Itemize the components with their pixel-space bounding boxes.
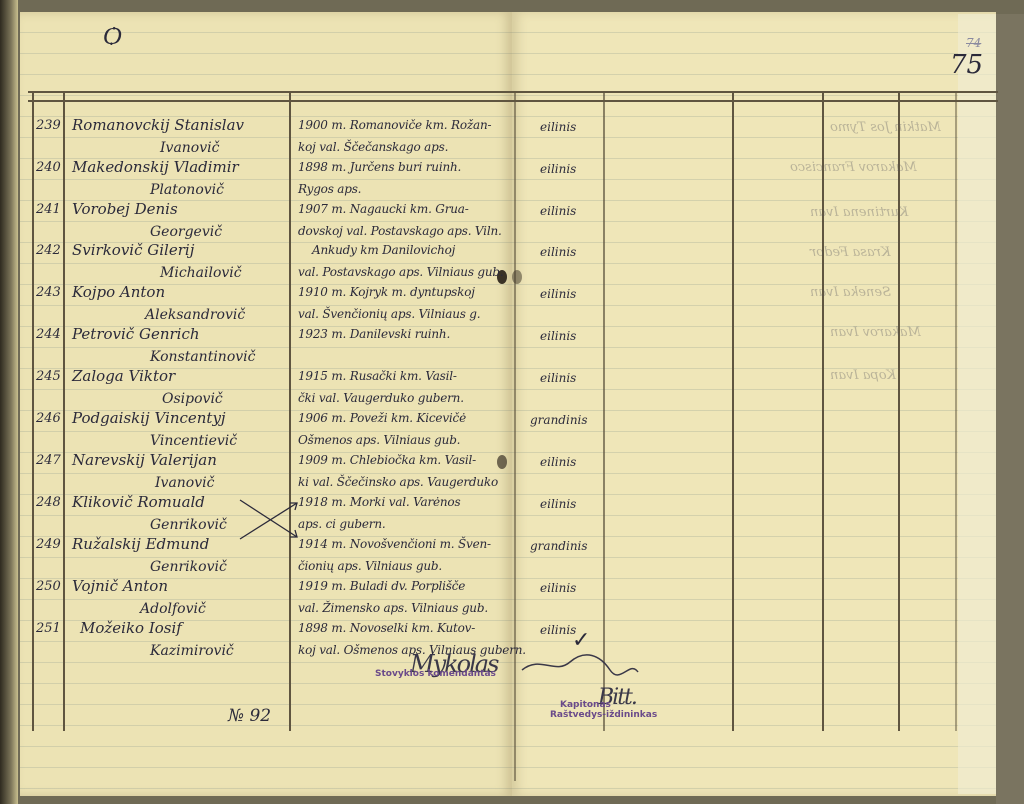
column-rule-5 [822, 91, 824, 731]
entry-patronymic: Genrikovič [150, 517, 227, 533]
entry-name: Možeiko Iosif [80, 619, 182, 637]
header-rule-top [28, 91, 998, 93]
entry-birth-line2: čionių aps. Vilniaus gub. [298, 559, 442, 573]
entry-birth-line1: 1898 m. Novoselki km. Kutov- [298, 621, 475, 635]
entry-number: 247 [36, 453, 61, 468]
entry-name: Vojnič Anton [72, 577, 168, 595]
entry-nationality: grandinis [530, 413, 588, 427]
entry-name: Zaloga Viktor [72, 367, 175, 385]
entry-patronymic: Aleksandrovič [145, 307, 245, 323]
entry-name: Podgaiskij Vincentyj [72, 409, 226, 427]
book-spine-edge [0, 0, 18, 804]
entry-number: 245 [36, 369, 61, 384]
entry-name: Klikovič Romuald [72, 493, 205, 511]
stamp-camp-commandant: Stovyklos komendantas [375, 669, 496, 679]
entry-nationality: eilinis [540, 455, 576, 469]
entry-birth-line2: val. Švenčionių aps. Vilniaus g. [298, 307, 480, 321]
entry-number: 242 [36, 243, 61, 258]
entry-name: Romanovckij Stanislav [72, 116, 244, 134]
swap-arrows-icon [235, 495, 305, 545]
entry-patronymic: Adolfovič [140, 601, 206, 617]
entry-number: 239 [36, 118, 61, 133]
column-rule-7 [955, 91, 957, 731]
entry-birth-line2: Ošmenos aps. Vilniaus gub. [298, 433, 460, 447]
folio-number: № 92 [228, 706, 271, 726]
crossed-page-number: 74 [966, 36, 981, 50]
entry-birth-line1: 1907 m. Nagaucki km. Grua- [298, 202, 469, 216]
column-rule-4 [732, 91, 734, 731]
entry-birth-line1: 1918 m. Morki val. Varėnos [298, 495, 460, 509]
entry-number: 243 [36, 285, 61, 300]
signature-flourish-icon [520, 650, 640, 680]
entry-patronymic: Michailovič [160, 265, 242, 281]
entry-nationality: eilinis [540, 204, 576, 218]
stamp-captain-title: Kapitonas [560, 700, 611, 710]
entry-patronymic: Osipovič [162, 391, 223, 407]
entry-nationality: eilinis [540, 329, 576, 343]
entry-nationality: eilinis [540, 162, 576, 176]
right-page-flap [958, 14, 998, 794]
punch-hole [512, 270, 522, 284]
entry-nationality: eilinis [540, 623, 576, 637]
entry-birth-line2: Rygos aps. [298, 182, 361, 196]
entry-patronymic: Ivanovič [155, 475, 214, 491]
entry-number: 248 [36, 495, 61, 510]
entry-number: 246 [36, 411, 61, 426]
stamp-clerk-treasurer: Raštvedys-iždininkas [550, 710, 657, 720]
entry-nationality: eilinis [540, 497, 576, 511]
column-rule-gutter [514, 91, 516, 781]
entry-nationality: eilinis [540, 371, 576, 385]
entry-number: 240 [36, 160, 61, 175]
entry-name: Ružalskij Edmund [72, 535, 209, 553]
entry-name: Narevskij Valerijan [72, 451, 217, 469]
entry-birth-line1: Ankudy km Danilovichoj [312, 243, 455, 257]
entry-nationality: eilinis [540, 120, 576, 134]
entry-birth-line2: val. Žimensko aps. Vilniaus gub. [298, 601, 488, 615]
entry-nationality: eilinis [540, 581, 576, 595]
entry-number: 244 [36, 327, 61, 342]
entry-birth-line2: val. Postavskago aps. Vilniaus gub. [298, 265, 504, 279]
right-page-number: 75 [950, 50, 983, 80]
entry-patronymic: Vincentievič [150, 433, 237, 449]
entry-birth-line2: dovskoj val. Postavskago aps. Viln. [298, 224, 502, 238]
entry-nationality: eilinis [540, 287, 576, 301]
entry-patronymic: Georgevič [150, 224, 222, 240]
entry-birth-line1: 1909 m. Chlebiočka km. Vasil- [298, 453, 476, 467]
entry-birth-line2: koj val. Ščečanskago aps. [298, 140, 448, 154]
entry-patronymic: Kazimirovič [150, 643, 234, 659]
entry-birth-line2: aps. ci gubern. [298, 517, 385, 531]
entry-name: Petrovič Genrich [72, 325, 200, 343]
entry-number: 251 [36, 621, 61, 636]
entry-number: 241 [36, 202, 61, 217]
entry-birth-line1: 1914 m. Novošvenčioni m. Šven- [298, 537, 491, 551]
entry-birth-line2: čki val. Vaugerduko gubern. [298, 391, 464, 405]
entry-nationality: eilinis [540, 245, 576, 259]
left-page-mark: Ѻ [103, 22, 122, 51]
entry-patronymic: Ivanovič [160, 140, 219, 156]
column-rule-3 [603, 91, 605, 731]
entry-patronymic: Genrikovič [150, 559, 227, 575]
entry-birth-line1: 1910 m. Kojryk m. dyntupskoj [298, 285, 475, 299]
entry-birth-line1: 1900 m. Romanoviče km. Rožan- [298, 118, 491, 132]
entry-name: Kojpo Anton [72, 283, 165, 301]
column-rule-1 [63, 91, 65, 731]
entry-nationality: grandinis [530, 539, 588, 553]
entry-birth-line2: ki val. Ščečinsko aps. Vaugerduko [298, 475, 498, 489]
column-rule-6 [898, 91, 900, 731]
scan-background-right [996, 14, 1024, 804]
entry-birth-line1: 1915 m. Rusački km. Vasil- [298, 369, 457, 383]
entry-name: Vorobej Denis [72, 200, 178, 218]
entry-name: Makedonskij Vladimir [72, 158, 239, 176]
entry-birth-line1: 1898 m. Jurčens buri ruinh. [298, 160, 461, 174]
header-rule-bottom [28, 100, 998, 102]
entry-number: 249 [36, 537, 61, 552]
punch-hole [497, 455, 507, 469]
column-rule-2 [289, 91, 291, 731]
entry-patronymic: Platonovič [150, 182, 224, 198]
entry-name: Svirkovič Gilerij [72, 241, 194, 259]
entry-birth-line1: 1919 m. Buladi dv. Porplišče [298, 579, 465, 593]
column-rule-0 [32, 91, 34, 731]
entry-birth-line1: 1923 m. Danilevski ruinh. [298, 327, 450, 341]
entry-birth-line1: 1906 m. Poveži km. Kicevičė [298, 411, 466, 425]
entry-number: 250 [36, 579, 61, 594]
entry-patronymic: Konstantinovič [150, 349, 255, 365]
